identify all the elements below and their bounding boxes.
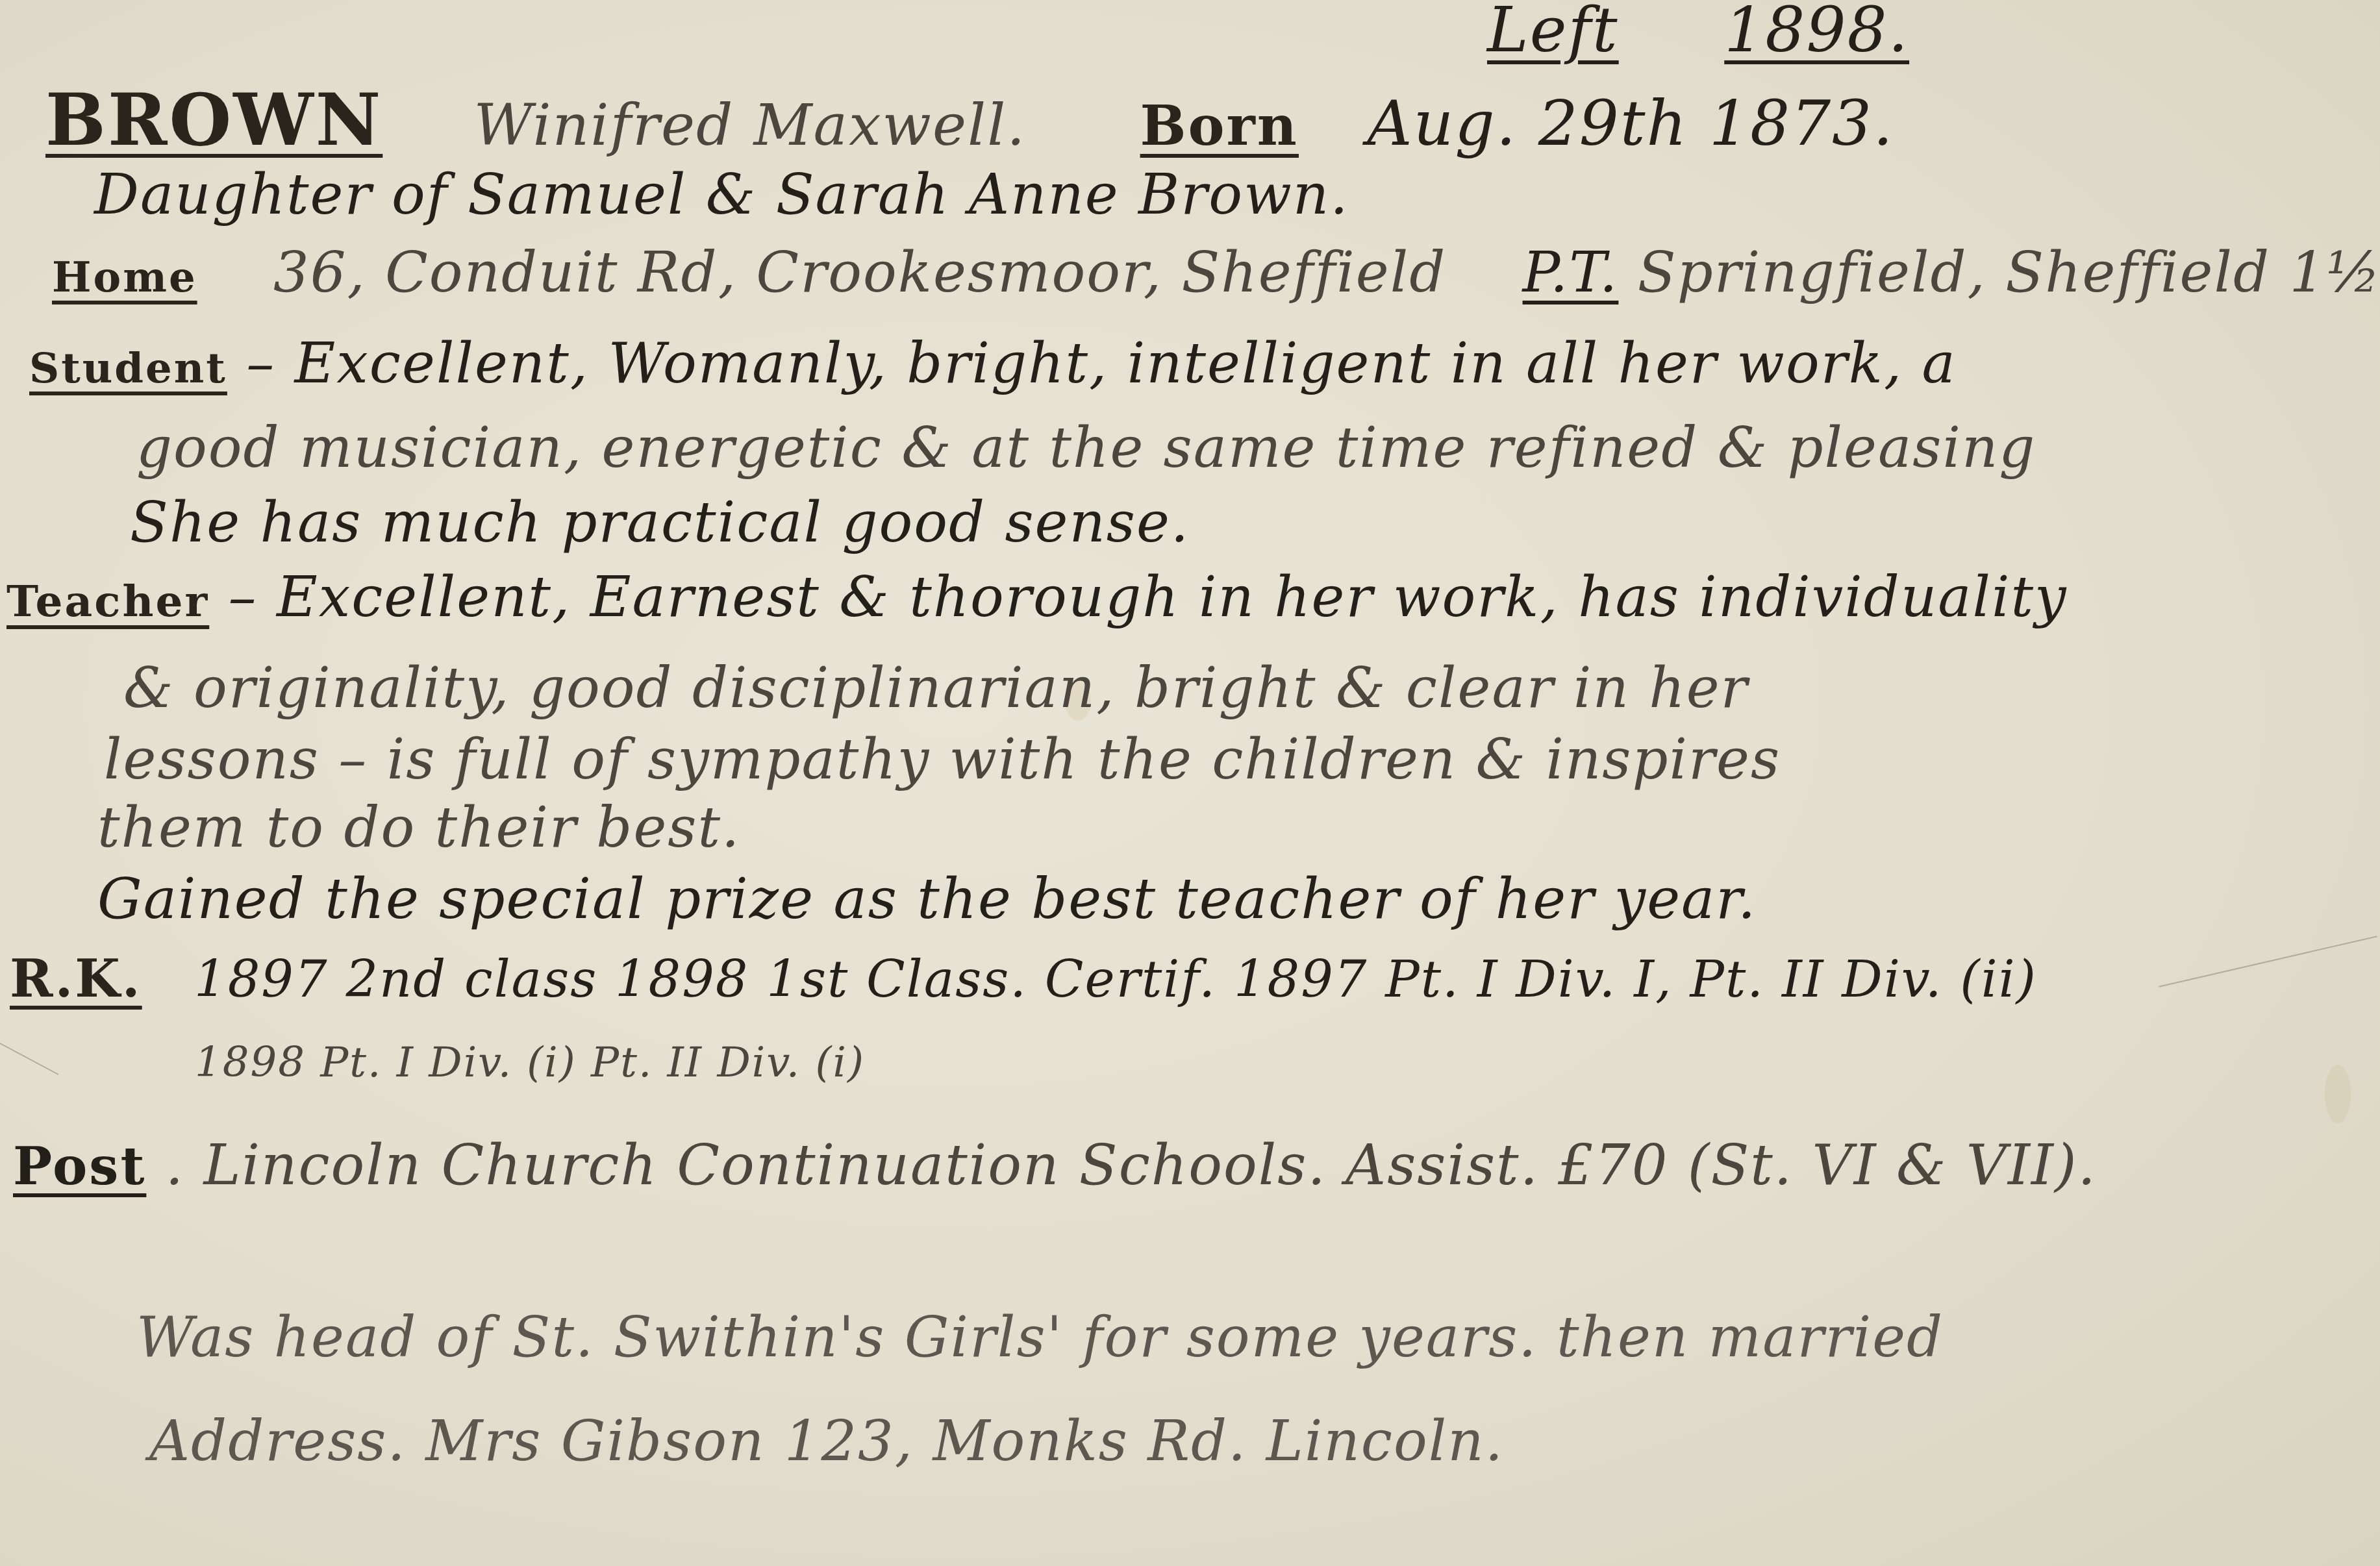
paper-crease — [2159, 936, 2377, 988]
rk-text-1: 1897 2nd class 1898 1st Class. Certif. 1… — [194, 951, 2037, 1009]
surname: BROWN — [45, 78, 382, 162]
born-date: Aug. 29th 1873. — [1367, 87, 1894, 160]
teacher-line-4: them to do their best. — [97, 795, 740, 860]
rk-label: R.K. — [10, 948, 142, 1009]
home-line: Home 36, Conduit Rd, Crookesmoor, Sheffi… — [52, 240, 2380, 305]
born-label: Born — [1140, 93, 1299, 158]
home-address: 36, Conduit Rd, Crookesmoor, Sheffield — [273, 240, 1446, 305]
paper-stain — [2325, 1065, 2351, 1123]
given-names: Winifred Maxwell. — [474, 92, 1027, 158]
teacher-line-5: Gained the special prize as the best tea… — [97, 867, 1757, 932]
left-year: 1898. — [1724, 0, 1909, 66]
student-label: Student — [29, 344, 227, 393]
parents-line: Daughter of Samuel & Sarah Anne Brown. — [94, 162, 1349, 227]
teacher-line-2: & originality, good disciplinarian, brig… — [123, 656, 1749, 721]
note-line-1: Was head of St. Swithin's Girls' for som… — [136, 1305, 1944, 1370]
post-label: Post — [13, 1136, 146, 1197]
left-date: Left 1898. — [1487, 0, 1909, 66]
student-line-2: good musician, energetic & at the same t… — [136, 416, 2036, 480]
pt-value: Springfield, Sheffield 1½ yrs — [1638, 240, 2380, 305]
post-line: Post . Lincoln Church Continuation Schoo… — [13, 1133, 2097, 1198]
student-text-1: – Excellent, Womanly, bright, intelligen… — [246, 331, 1957, 396]
teacher-text-1: – Excellent, Earnest & thorough in her w… — [229, 565, 2068, 630]
name-line: BROWN Winifred Maxwell. Born Aug. 29th 1… — [45, 78, 1894, 162]
student-line-1: Student – Excellent, Womanly, bright, in… — [29, 331, 1957, 396]
teacher-line-3: lessons – is full of sympathy with the c… — [104, 727, 1781, 792]
pt-label: P.T. — [1523, 240, 1619, 305]
teacher-label: Teacher — [6, 576, 209, 627]
rk-line-1: R.K. 1897 2nd class 1898 1st Class. Cert… — [10, 948, 2037, 1009]
paper-crease — [0, 997, 58, 1075]
rk-line-2: 1898 Pt. I Div. (i) Pt. II Div. (i) — [195, 1039, 865, 1087]
teacher-line-1: Teacher – Excellent, Earnest & thorough … — [6, 565, 2068, 630]
note-line-2: Address. Mrs Gibson 123, Monks Rd. Linco… — [149, 1409, 1504, 1474]
record-card: Left 1898. BROWN Winifred Maxwell. Born … — [0, 0, 2380, 1566]
student-line-3: She has much practical good sense. — [130, 490, 1190, 555]
left-label: Left — [1487, 0, 1619, 66]
home-label: Home — [52, 253, 197, 302]
post-text: . Lincoln Church Continuation Schools. A… — [166, 1133, 2097, 1198]
